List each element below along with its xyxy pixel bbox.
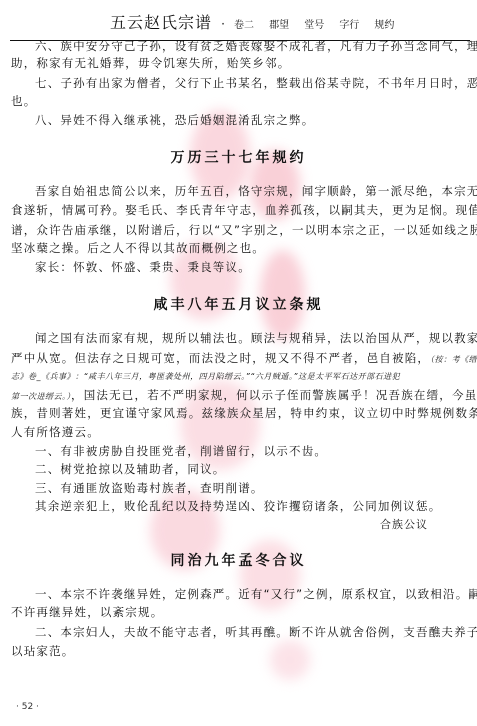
xianfeng-line-2-text: 严中从宽。但法存之日规可宽，而法没之时，规又不得不严者，邑自被陷，	[11, 351, 430, 365]
tongzhi-rule-1-line-2: 不许再继异姓，以紊宗规。	[11, 604, 469, 620]
section-title-xianfeng: 咸丰八年五月议立条规	[0, 294, 477, 314]
page-number: · 52 ·	[16, 702, 39, 712]
header-separator: ·	[221, 17, 225, 31]
rule-7-line-1: 七、子孙有出家为僧者，父行下止书某名，整载出俗某寺院，不书年月日时，恶其弃宗	[35, 75, 469, 91]
tongzhi-rule-1-line-1: 一、本宗不许袭继异姓，定例森严。近有“又行”之例，原系权宜，以致相沿。嗣后断	[35, 586, 469, 602]
volume-label: 卷二	[234, 20, 254, 31]
tongzhi-rule-2-line-1: 二、本宗妇人，夫故不能守志者，听其再醮。断不许从就舍俗例，支吾醮夫养子等说，	[35, 624, 469, 640]
header-section-3: 字行	[339, 20, 359, 31]
wanli-para-line-2: 食遂斩，情属可矜。娶毛氏、李氏青年守志，血养孤孩，以嗣其夫，更为足悯。现值纂修宗	[11, 202, 469, 218]
wanli-para-line-1: 吾家自始祖忠简公以来，历年五百，恪守宗规，闻字顺龄，第一派尽绝，本宗无继，血	[35, 183, 469, 199]
header-section-2: 堂号	[304, 20, 324, 31]
wanli-signers: 家长：怀敦、怀盛、秉贵、秉良等议。	[35, 259, 469, 275]
rule-6-line-1: 六、族中安分守己子孙，设有贫乏婚丧嫁娶不成礼者，凡有力子孙当念同气，理宜相	[35, 38, 469, 54]
historical-note-end: 第一次进缙云。）	[11, 392, 71, 401]
rule-6-line-2: 助，称家有无礼婚葬，毋令饥寒失所，贻笑乡邻。	[11, 55, 469, 71]
historical-note-line: 志》卷_《兵事》：“咸丰八年三月，粤匪袭处州，四月陷缙云。”“六月贼遁。”这是太…	[11, 369, 469, 385]
historical-note-start: （按：考《缙云县	[430, 355, 477, 364]
rule-7-line-2: 也。	[11, 93, 469, 109]
xianfeng-line-3-text: ，国法无已，若不严明家规，何以示子侄而警族属乎！况吾族在缙，今虽寒	[71, 388, 477, 402]
tongzhi-rule-2-line-2: 以玷家范。	[11, 643, 469, 659]
xianfeng-para-line-2: 严中从宽。但法存之日规可宽，而法没之时，规又不得不严者，邑自被陷，（按：考《缙云…	[11, 350, 469, 368]
header-section-1: 郡望	[269, 20, 289, 31]
running-header: 五云赵氏宗谱 · 卷二 郡望 堂号 字行 规约	[10, 6, 470, 41]
xianfeng-rule-2: 二、树党抢掠以及辅助者，同议。	[35, 461, 469, 477]
xianfeng-rule-3: 三、有通匪放盗贻毒村族者，查明削谱。	[35, 480, 469, 496]
xianfeng-rule-other: 其余逆亲犯上，败伦乱纪以及持势逞凶、狡诈攫窃诸条，公同加例议惩。	[35, 498, 469, 514]
xianfeng-signature: 合族公议	[380, 516, 428, 532]
section-title-tongzhi: 同治九年孟冬合议	[0, 550, 477, 570]
xianfeng-para-line-4: 族，昔则著姓，更宜谨守家风焉。兹缘族众星居，特申约束，议立切中时弊规例数条，俾族	[11, 405, 469, 421]
xianfeng-para-line-1: 闻之国有法而家有规，规所以辅法也。顾法与规稍异，法以治国从严，规以教家则于	[35, 330, 469, 346]
wanli-para-line-3: 谱，众许告庙承继，以附谱后，行以“又”字别之，一以明本宗之正，一以延如线之脉，一…	[11, 222, 469, 238]
wanli-para-line-4: 坚冰蘖之操。后之人不得以其故而概例之也。	[11, 240, 469, 256]
header-section-4: 规约	[374, 20, 394, 31]
section-title-wanli: 万历三十七年规约	[0, 147, 477, 167]
xianfeng-para-line-5: 人有所恪遵云。	[11, 424, 469, 440]
xianfeng-para-line-3: 第一次进缙云。），国法无已，若不严明家规，何以示子侄而警族属乎！况吾族在缙，今虽…	[11, 387, 469, 405]
xianfeng-rule-1: 一、有非被虏胁自投匪党者，削谱留行，以示不齿。	[35, 443, 469, 459]
rule-8-line-1: 八、异姓不得入继承祧，恐后婚姻混淆乱宗之弊。	[35, 112, 469, 128]
book-title: 五云赵氏宗谱	[110, 13, 212, 32]
